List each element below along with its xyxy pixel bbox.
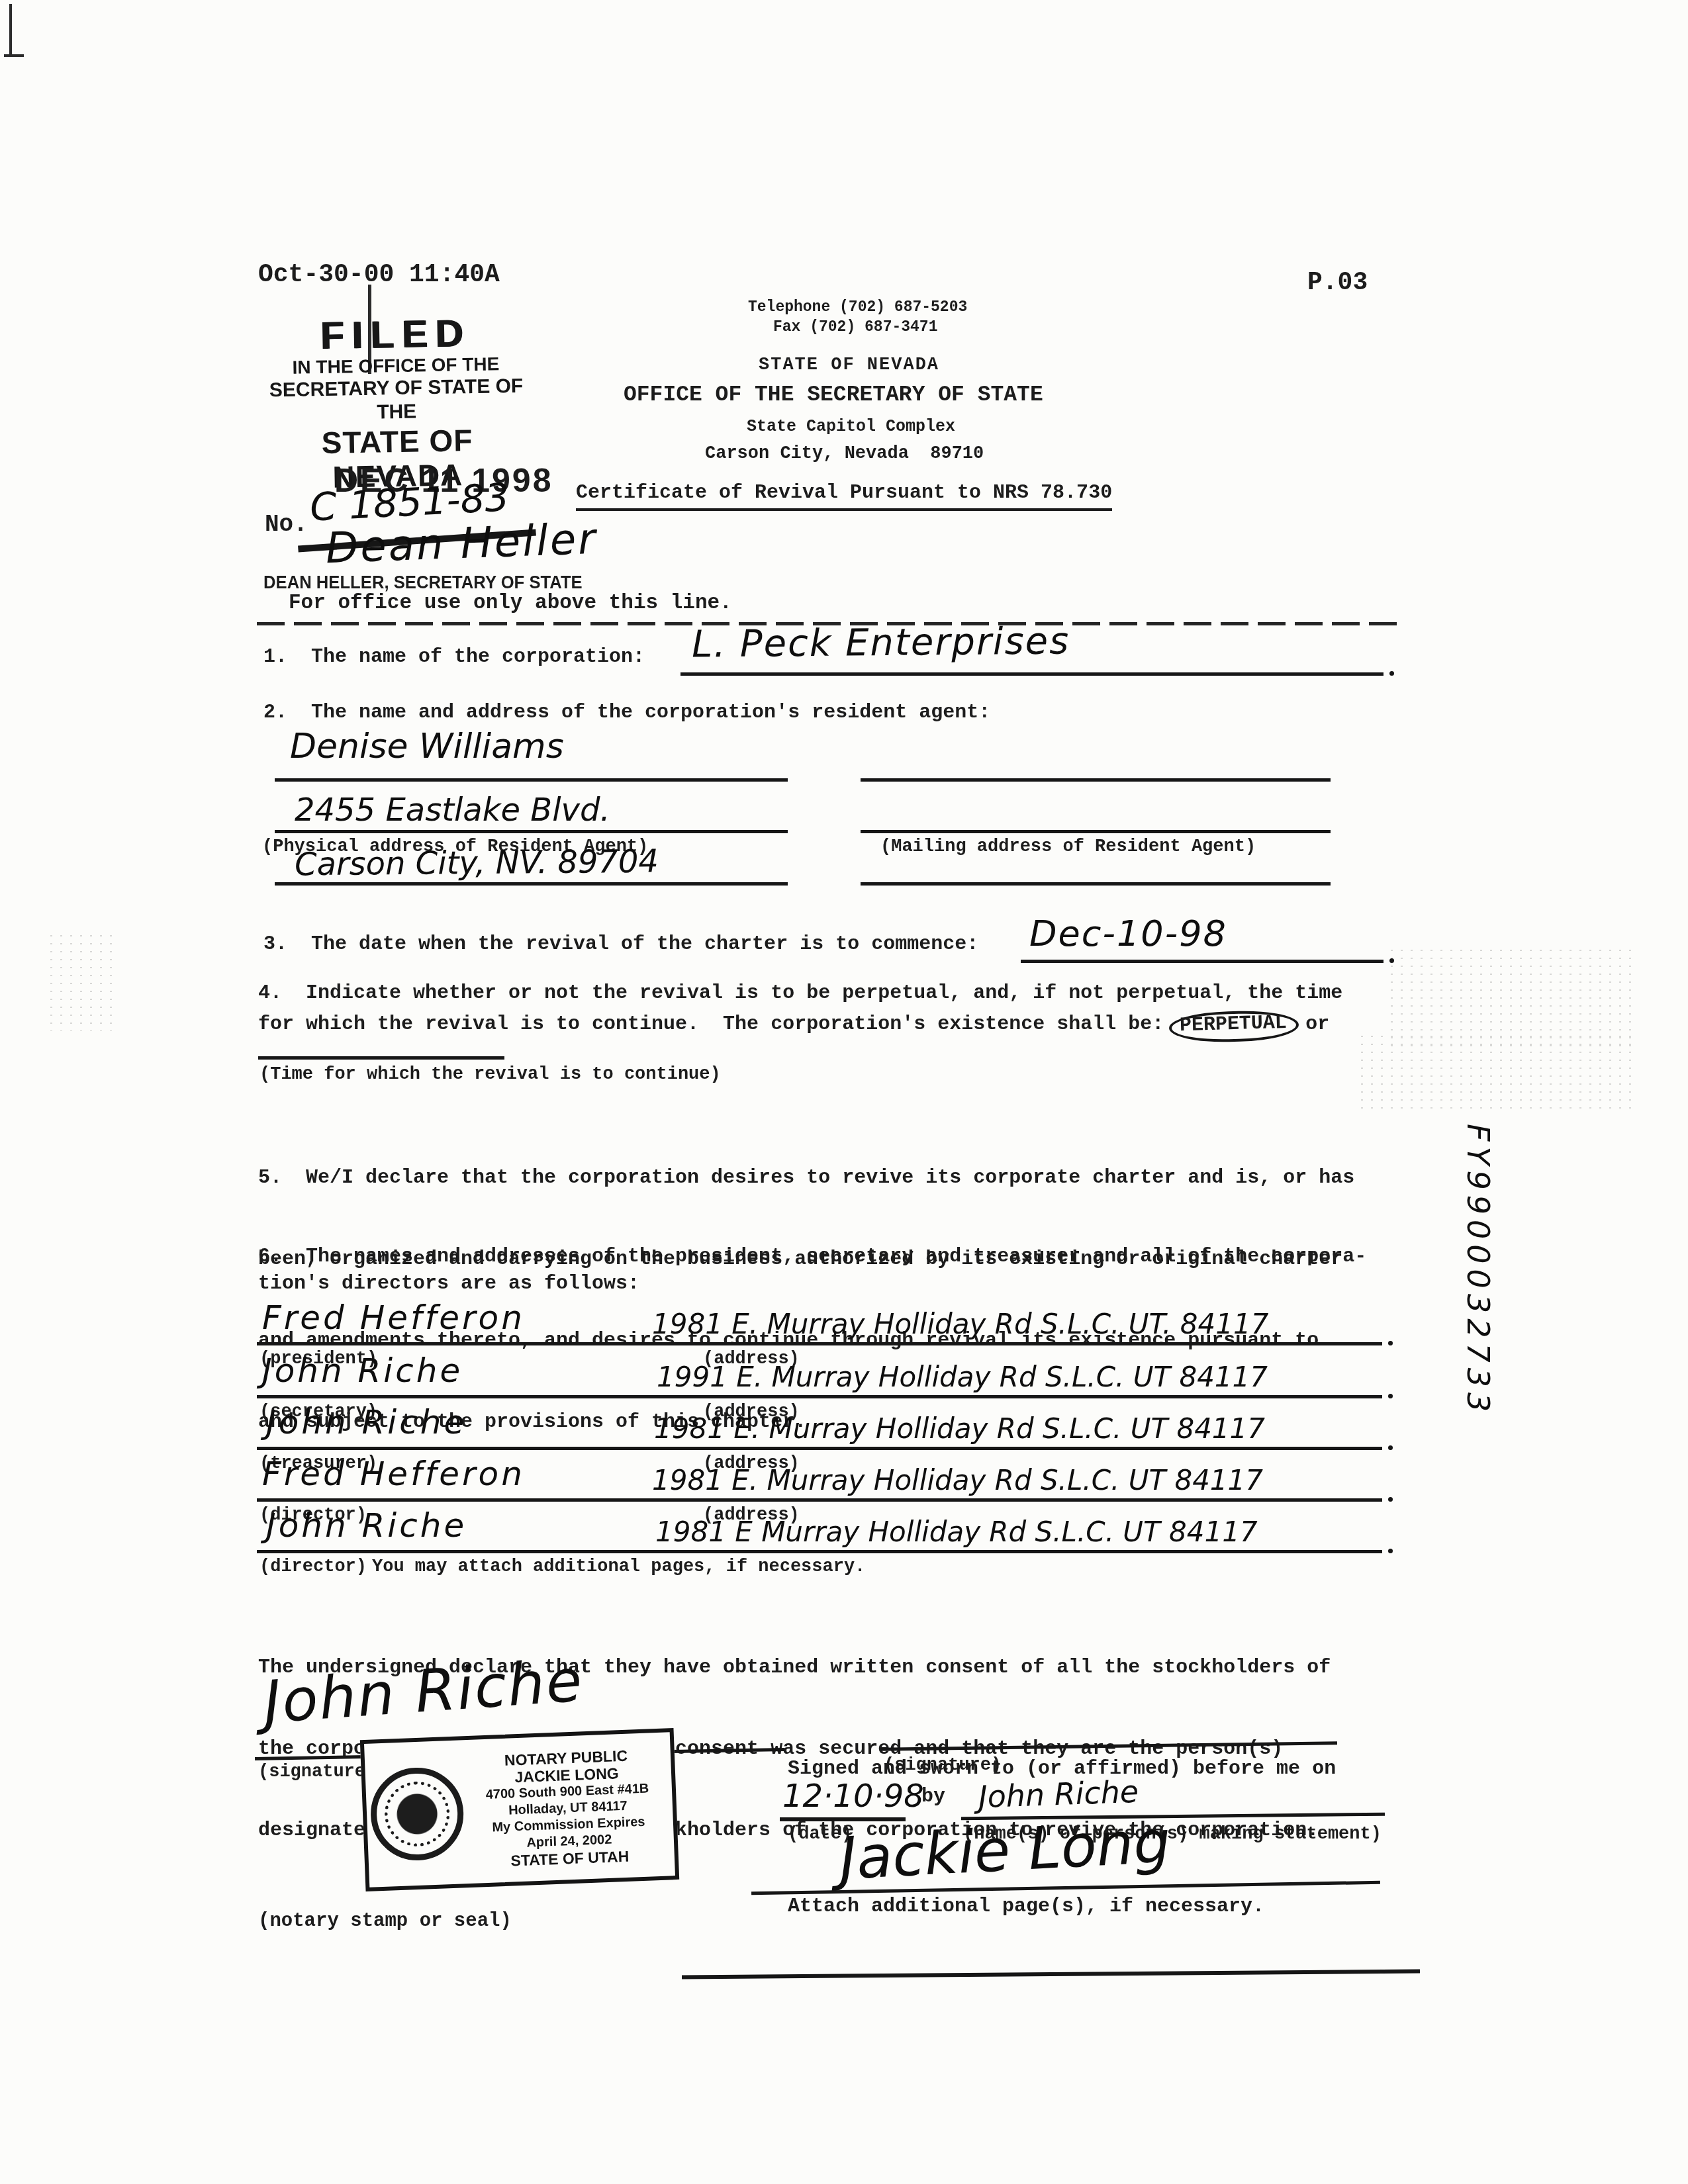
revival-date-handwritten: Dec-10-98 [1029, 916, 1227, 952]
item1-label: 1. The name of the corporation: [263, 647, 645, 668]
sworn-date-line [780, 1817, 906, 1821]
notary-stamp: NOTARY PUBLIC JACKIE LONG 4700 South 900… [360, 1728, 679, 1891]
item6-line1: 6. The names and addresses of the presid… [258, 1247, 1366, 1268]
scanned-document-page: Oct-30-00 11:40A P.03 Telephone (702) 68… [0, 0, 1688, 2184]
letterhead-complex: State Capitol Complex [747, 418, 955, 435]
dean-heller-signature: Dean Heller [325, 518, 598, 570]
notary-stamp-caption: (notary stamp or seal) [258, 1911, 512, 1931]
file-number-label: No. [265, 512, 308, 537]
officer-name-handwritten: John Riche [266, 1509, 467, 1542]
letterhead-city: Carson City, Nevada 89710 [705, 445, 984, 463]
notary-seal-center [383, 1780, 451, 1848]
officer-name-handwritten: Fred Hefferon [262, 1301, 525, 1334]
scan-noise [1357, 1032, 1635, 1112]
item6-line2: tion's directors are as follows: [258, 1274, 639, 1295]
officer-name-handwritten: John Riche [262, 1354, 463, 1387]
officer-address-handwritten: 1981 E Murray Holliday Rd S.L.C. UT 8411… [655, 1518, 1258, 1546]
item2-label: 2. The name and address of the corporati… [263, 703, 990, 724]
officer-row-line [257, 1342, 1382, 1345]
sworn-date-handwritten: 12·10·98 [782, 1780, 924, 1812]
sworn-by-text: by [921, 1787, 945, 1808]
document-title: Certificate of Revival Pursuant to NRS 7… [576, 483, 1112, 511]
physical-city-line [275, 882, 788, 886]
revival-time-line [258, 1056, 504, 1060]
bottom-separator-line [682, 1970, 1420, 1979]
agent-name-line [275, 778, 788, 782]
officer-address-handwritten: 1981 E. Murray Holliday Rd S.L.C. UT 841… [654, 1415, 1265, 1443]
agent-city-handwritten: Carson City, NV. 89704 [295, 846, 659, 881]
officer-address-handwritten: 1991 E. Murray Holliday Rd S.L.C. UT 841… [657, 1363, 1268, 1391]
item5-line1: 5. We/I declare that the corporation des… [258, 1165, 1354, 1192]
letterhead-state: STATE OF NEVADA [759, 356, 939, 375]
signature-label-left: (signature) [258, 1763, 376, 1782]
letterhead-office: OFFICE OF THE SECRETARY OF STATE [624, 384, 1043, 407]
item3-label: 3. The date when the revival of the char… [263, 934, 978, 956]
officer-row-line [257, 1447, 1382, 1450]
corporation-name-handwritten: L. Peck Enterprises [692, 623, 1070, 664]
fax-timestamp: Oct-30-00 11:40A [258, 262, 500, 289]
scan-artifact [9, 4, 12, 56]
fax-page-number: P.03 [1307, 270, 1368, 296]
sideways-file-number: FY9900032733 [1463, 1124, 1493, 1417]
item4-line2: for which the revival is to continue. Th… [258, 1011, 1329, 1042]
officer-role-label: (director) [259, 1558, 367, 1576]
office-use-note: For office use only above this line. [289, 593, 732, 615]
filed-stamp-word: FILED [258, 312, 533, 357]
agent-name-handwritten: Denise Williams [290, 729, 564, 764]
revival-time-label: (Time for which the revival is to contin… [259, 1066, 721, 1084]
item4-or-text: or [1305, 1013, 1329, 1036]
notary-stamp-text: NOTARY PUBLIC JACKIE LONG 4700 South 900… [465, 1745, 671, 1871]
officer-row-line [257, 1498, 1382, 1502]
filed-stamp-line2: SECRETARY OF STATE OF THE [259, 374, 534, 426]
scan-artifact [4, 54, 24, 57]
sworn-name-handwritten: John Riche [978, 1776, 1139, 1812]
mailing-city-line [861, 882, 1331, 886]
corporation-name-line [680, 672, 1383, 676]
mailing-name-line [861, 778, 1331, 782]
item4-line2-text: for which the revival is to continue. Th… [258, 1013, 1164, 1036]
physical-street-line [275, 830, 788, 833]
secretary-caption: DEAN HELLER, SECRETARY OF STATE [263, 573, 583, 592]
jackie-long-signature: Jackie Long [838, 1813, 1172, 1888]
sworn-attach-note: Attach additional page(s), if necessary. [788, 1897, 1264, 1918]
mailing-address-label: (Mailing address of Resident Agent) [880, 838, 1256, 856]
officer-name-handwritten: John Riche [266, 1406, 467, 1439]
item4-line1: 4. Indicate whether or not the revival i… [258, 983, 1342, 1005]
officer-address-handwritten: 1981 E. Murray Holliday Rd S.L.C. UT 841… [652, 1467, 1263, 1494]
letterhead-telephone: Telephone (702) 687-5203 [748, 299, 967, 315]
officer-row-line [257, 1395, 1382, 1398]
attach-pages-note: You may attach additional pages, if nece… [372, 1558, 865, 1576]
letterhead-fax: Fax (702) 687-3471 [773, 319, 937, 335]
officer-name-handwritten: Fred Hefferon [262, 1457, 525, 1490]
mailing-street-line [861, 830, 1331, 833]
scan-noise [46, 932, 119, 1031]
revival-date-line [1021, 960, 1383, 963]
officer-row-line [257, 1550, 1382, 1553]
notary-seal-icon [369, 1766, 465, 1862]
perpetual-circled: PERPETUAL [1169, 1009, 1299, 1043]
officer-address-handwritten: 1981 E. Murray Holliday Rd S.L.C. UT. 84… [652, 1310, 1268, 1338]
agent-street-handwritten: 2455 Eastlake Blvd. [295, 794, 610, 826]
